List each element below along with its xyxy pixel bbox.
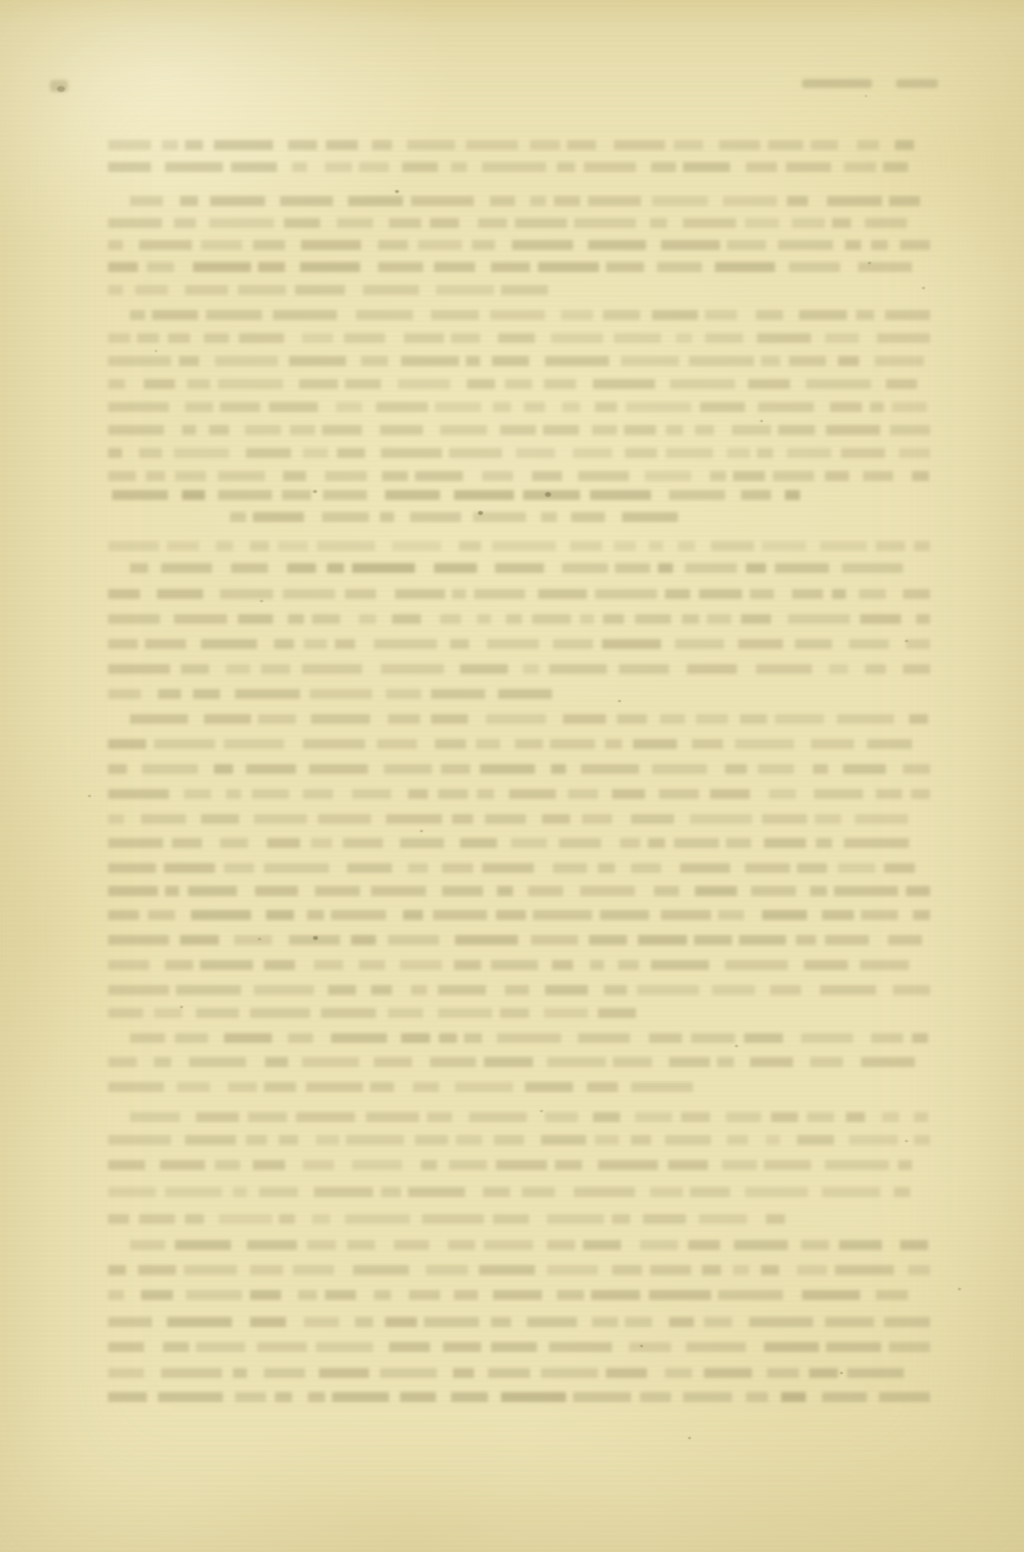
paper-speck	[155, 350, 157, 352]
ghost-text-line	[108, 425, 930, 435]
ghost-text-line	[108, 1008, 660, 1018]
paper-speck	[313, 936, 318, 940]
paper-speck	[735, 1045, 738, 1047]
ghost-text-line	[108, 886, 930, 896]
ghost-text-line	[108, 985, 930, 995]
ghost-text-line	[130, 563, 928, 573]
ghost-text-line	[108, 1392, 930, 1402]
paper-speck	[922, 287, 925, 289]
ghost-text-line	[112, 490, 800, 500]
ghost-text-line	[108, 262, 930, 272]
scanned-page	[0, 0, 1024, 1552]
paper-speck	[868, 262, 871, 264]
paper-speck	[478, 511, 483, 515]
paper-speck	[180, 1006, 183, 1008]
paper-speck	[545, 492, 551, 497]
ghost-text-line	[108, 764, 930, 774]
ghost-text-line	[108, 1290, 930, 1300]
ghost-text-line	[108, 218, 930, 228]
ghost-text-line	[108, 356, 930, 366]
ghost-text-line	[130, 196, 930, 206]
ghost-text-line	[108, 379, 930, 389]
ghost-text-line	[130, 1033, 928, 1043]
paper-speck	[840, 1372, 843, 1374]
ghost-text-line	[108, 1265, 930, 1275]
illegible-smudge	[896, 79, 938, 88]
ghost-text-line	[108, 838, 930, 848]
paper-speck	[313, 490, 317, 493]
paper-speck	[688, 1437, 691, 1439]
paper-speck	[57, 86, 65, 92]
paper-speck	[865, 95, 867, 97]
ghost-text-line	[130, 714, 928, 724]
ghost-text-line	[108, 402, 930, 412]
ghost-text-line	[108, 1342, 930, 1352]
paper-speck	[618, 700, 621, 702]
ghost-text-line	[108, 1160, 930, 1170]
ghost-text-line	[108, 1135, 930, 1145]
ghost-text-line	[108, 689, 558, 699]
ghost-text-line	[108, 664, 930, 674]
ghost-text-line	[108, 333, 930, 343]
ghost-text-line	[108, 1214, 800, 1224]
ghost-text-line	[108, 863, 930, 873]
ghost-text-line	[130, 310, 930, 320]
ghost-text-line	[108, 739, 930, 749]
ghost-text-line	[108, 935, 930, 945]
ghost-text-line	[108, 240, 930, 250]
ghost-text-line	[230, 512, 678, 522]
paper-speck	[905, 1140, 908, 1142]
paper-speck	[640, 1345, 643, 1347]
ghost-text-line	[108, 814, 930, 824]
ghost-text-line	[108, 140, 930, 150]
paper-speck	[760, 420, 763, 422]
ghost-text-line	[130, 1112, 928, 1122]
ghost-text-line	[130, 1240, 928, 1250]
ghost-text-line	[108, 471, 930, 481]
ghost-text-line	[108, 1368, 930, 1378]
paper-speck	[88, 795, 91, 797]
illegible-smudge	[50, 80, 68, 92]
illegible-smudge	[802, 79, 872, 88]
ghost-text-line	[108, 1082, 700, 1092]
paper-speck	[260, 600, 263, 602]
ghost-text-line	[108, 589, 930, 599]
ghost-text-line	[108, 162, 908, 172]
paper-speck	[420, 830, 423, 832]
paper-texture	[0, 0, 1024, 1552]
ghost-text-line	[108, 541, 930, 551]
ghost-text-line	[108, 1187, 930, 1197]
ghost-text-line	[108, 448, 930, 458]
ghost-text-line	[108, 960, 930, 970]
paper-speck	[540, 1110, 543, 1112]
ghost-text-line	[108, 285, 548, 295]
ghost-text-line	[108, 789, 930, 799]
paper-speck	[905, 640, 908, 642]
ghost-text-line	[108, 910, 930, 920]
ghost-text-line	[108, 614, 930, 624]
ghost-text-line	[108, 1057, 930, 1067]
paper-speck	[395, 190, 399, 193]
paper-speck	[258, 938, 261, 940]
ghost-text-line	[108, 1317, 930, 1327]
paper-speck	[958, 1288, 961, 1290]
ghost-text-line	[108, 639, 930, 649]
